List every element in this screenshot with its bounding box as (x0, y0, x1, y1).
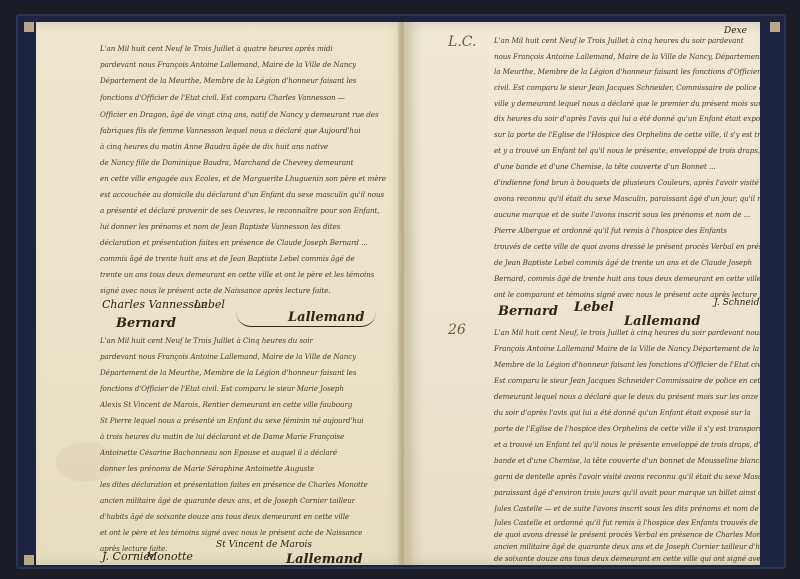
record-line: d'habits âgé de soixante douze ans tous … (100, 512, 349, 521)
record-line: St Pierre lequel nous a présenté un Enfa… (100, 416, 364, 425)
record-line: trouvés de cette ville de quoi avons dre… (494, 242, 760, 251)
record-line: porte de l'Eglise de l'hospice des Orphe… (494, 424, 760, 433)
signature-flourish (236, 312, 376, 327)
record-line: sur la porte de l'Eglise de l'Hospice de… (494, 130, 760, 139)
record-line: et y a trouvé un Enfant tel qu'il nous l… (494, 146, 760, 155)
record-line: Antoinette Césarine Bachonneau son Epous… (100, 448, 337, 457)
record-line: pardevant nous François Antoine Lalleman… (100, 352, 356, 361)
record-line: Officier en Dragon, âgé de vingt cinq an… (100, 110, 379, 119)
record-line: Est comparu le sieur Jean Jacques Schnei… (494, 376, 760, 385)
record-line: L'an Mil huit cent Neuf le Trois Juillet… (100, 44, 333, 53)
record-line: déclaration et présentation faites en pr… (100, 238, 368, 247)
margin-note: L.C. (448, 34, 476, 50)
record-line: Département de la Meurthe, Membre de la … (100, 368, 356, 377)
record-line: trente un ans tous deux demeurant en cet… (100, 270, 374, 279)
record-line: demeurant lequel nous a déclaré que le d… (494, 392, 760, 401)
record-line: lui donner les prénoms et nom de Jean Ba… (100, 222, 340, 231)
signature: Lallemand (286, 552, 362, 565)
record-line: d'une bande et d'une Chemise, la tête co… (494, 162, 716, 171)
record-line: L'an Mil huit cent Neuf le Trois Juillet… (494, 36, 744, 45)
record-line: paraissant âgé d'environ trois jours qu'… (494, 488, 760, 497)
record-line: de Jean Baptiste Lebel commis âgé de tre… (494, 258, 752, 267)
record-line: civil. Est comparu le sieur Jean Jacques… (494, 83, 760, 92)
record-line: commis âgé de trente huit ans et de Jean… (100, 254, 355, 263)
record-line: aucune marque et de suite l'avons inscri… (494, 210, 750, 219)
record-line: ancien militaire âgé de quarante deux an… (494, 542, 760, 551)
record-line: garni de dentelle après l'avoir visité a… (494, 472, 760, 481)
record-line: L'an Mil huit cent Neuf le Trois Juillet… (100, 336, 313, 345)
record-line: ancien militaire âgé de quarante deux an… (100, 496, 355, 505)
record-line: ville y demeurant lequel nous a déclaré … (494, 99, 760, 108)
signature: Charles Vannesson (102, 298, 208, 311)
record-line: dix heures du soir d'après l'avis qui lu… (494, 114, 760, 123)
signature: Lebel (194, 298, 225, 311)
record-line: François Antoine Lallemand Maire de la V… (494, 344, 760, 353)
record-line: pardevant nous François Antoine Lalleman… (100, 60, 356, 69)
right-page: Dexe L.C. L'an Mil huit cent Neuf le Tro… (404, 22, 760, 565)
signature: J. Schneider (714, 298, 760, 308)
record-line: Alexis St Vincent de Marois, Rentier dem… (100, 400, 352, 409)
record-line: Bernard, commis âgé de trente huit ans t… (494, 274, 760, 283)
record-line: la Meurthe, Membre de la Légion d'honneu… (494, 67, 760, 76)
record-line: fabriques fils de femme Vannesson lequel… (100, 126, 361, 135)
record-line: Membre de la Légion d'honneur faisant le… (494, 360, 760, 369)
signature: Lebel (574, 300, 614, 315)
record-line: et a trouvé un Enfant tel qu'il nous le … (494, 440, 760, 449)
record-line: Département de la Meurthe, Membre de la … (100, 76, 356, 85)
corner-protector (24, 22, 34, 32)
record-line: d'indienne fond brun à bouquets de plusi… (494, 178, 759, 187)
signature: St Vincent de Marois (216, 540, 312, 550)
record-line: à trois heures du matin de lui déclarant… (100, 432, 344, 441)
record-line: de soixante douze ans tous deux demeuran… (494, 554, 760, 563)
record-line: Jules Castelle et ordonné qu'il fut remi… (494, 518, 760, 527)
top-annotation: Dexe (724, 26, 747, 36)
record-line: en cette ville engagée aux Ecoles, et de… (100, 174, 386, 183)
record-line: bande et d'une Chemise, la tête couverte… (494, 456, 760, 465)
record-line: signé avec nous le présent acte de Naiss… (100, 286, 331, 295)
left-page: L'an Mil huit cent Neuf le Trois Juillet… (36, 22, 404, 565)
record-line: Pierre Albergue et ordonné qu'il fut rem… (494, 226, 727, 235)
record-line: avons reconnu qu'il était du sexe Mascul… (494, 194, 760, 203)
record-line: de Nancy fille de Dominique Baudra, Marc… (100, 158, 353, 167)
record-line: fonctions d'Officier de l'Etat civil. Es… (100, 93, 345, 102)
record-line: nous François Antoine Lallemand, Maire d… (494, 52, 760, 61)
record-line: à cinq heures du matin Anne Baudra âgée … (100, 142, 328, 151)
record-line: L'an Mil huit cent Neuf, le trois Juille… (494, 328, 760, 337)
signature: Bernard (498, 304, 558, 319)
record-line: du soir d'après l'avis qui lui a été don… (494, 408, 751, 417)
corner-protector (770, 22, 780, 32)
margin-note: 26 (448, 322, 466, 338)
signature: Monotte (146, 550, 193, 563)
record-line: a présenté et déclaré provenir de ses Oe… (100, 206, 380, 215)
record-line: est accouchée au domicile du déclarant d… (100, 190, 384, 199)
record-line: Jules Castelle — et de suite l'avons ins… (494, 504, 759, 513)
record-line: donner les prénoms de Marie Séraphine An… (100, 464, 314, 473)
record-line: les dites déclaration et présentation fa… (100, 480, 368, 489)
record-line: fonctions d'Officier de l'Etat civil. Es… (100, 384, 344, 393)
record-line: de quoi avons dressé le présent procès V… (494, 530, 760, 539)
signature: Lallemand (624, 314, 700, 329)
corner-protector (24, 555, 34, 565)
signature: Bernard (116, 316, 176, 331)
record-line: et ont le père et les témoins signé avec… (100, 528, 362, 537)
